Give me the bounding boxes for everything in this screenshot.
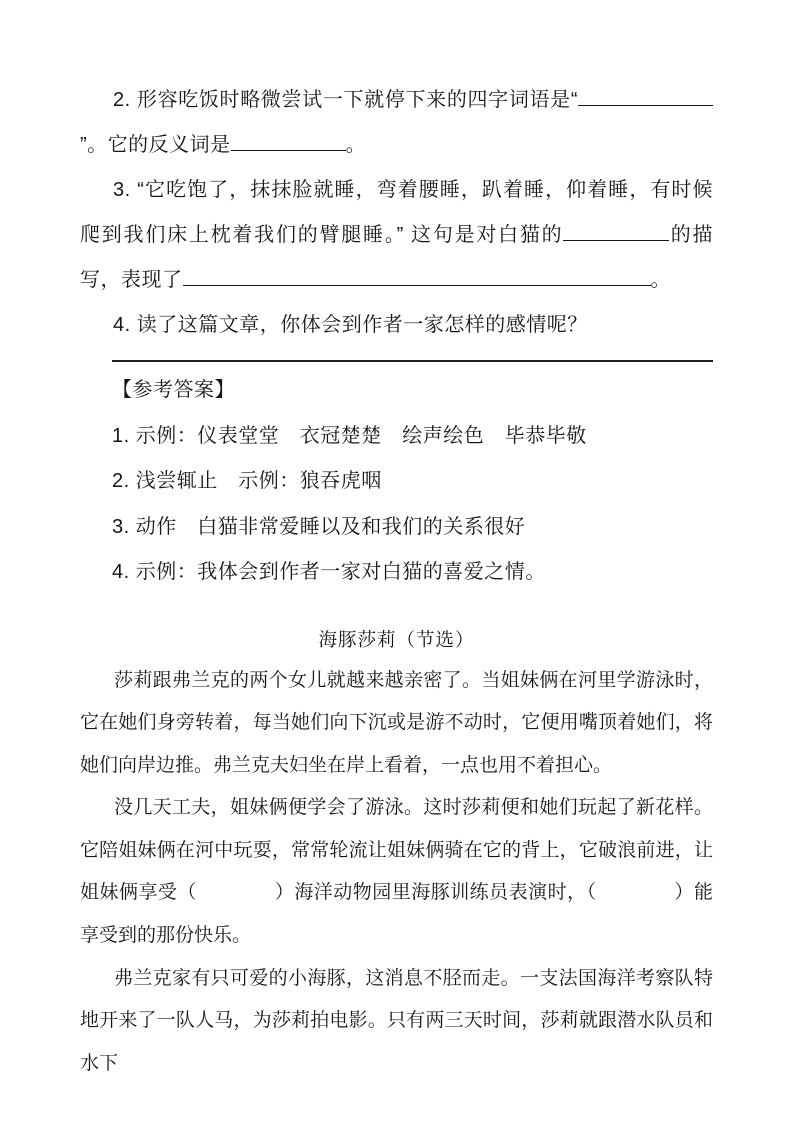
answer-item-4: 4. 示例：我体会到作者一家对白猫的喜爱之情。 (112, 550, 713, 596)
blank-line (231, 131, 346, 151)
passage-title: 海豚莎莉（节选） (80, 620, 713, 660)
question-4: 4. 读了这篇文章，你体会到作者一家怎样的感情呢？ (80, 303, 713, 348)
blank-line (183, 266, 651, 286)
reading-passage-section: 海豚莎莉（节选） 莎莉跟弗兰克的两个女儿就越来越亲密了。当姐妹俩在河里学游泳时，… (80, 620, 713, 1086)
reference-answers-section: 【参考答案】 1. 示例：仪表堂堂 衣冠楚楚 绘声绘色 毕恭毕敬 2. 浅尝辄止… (80, 368, 713, 596)
blank-line (578, 86, 713, 106)
section-divider (112, 360, 713, 362)
answers-heading: 【参考答案】 (112, 368, 713, 414)
passage-paragraph-1: 莎莉跟弗兰克的两个女儿就越来越亲密了。当姐妹俩在河里学游泳时，它在她们身旁转着，… (80, 660, 713, 788)
questions-section: 2. 形容吃饭时略微尝试一下就停下来的四字词语是“”。它的反义词是。 3. “它… (80, 78, 713, 348)
answer-item-2: 2. 浅尝辄止 示例：狼吞虎咽 (112, 459, 713, 505)
passage-paragraph-2: 没几天工夫，姐妹俩便学会了游泳。这时莎莉便和她们玩起了新花样。它陪姐妹俩在河中玩… (80, 787, 713, 957)
answer-item-3: 3. 动作 白猫非常爱睡以及和我们的关系很好 (112, 505, 713, 551)
question-3: 3. “它吃饱了，抹抹脸就睡，弯着腰睡，趴着睡，仰着睡，有时候爬到我们床上枕着我… (80, 168, 713, 303)
question-3-text-c: 。 (651, 269, 672, 291)
answer-item-1: 1. 示例：仪表堂堂 衣冠楚楚 绘声绘色 毕恭毕敬 (112, 414, 713, 460)
question-4-text: 4. 读了这篇文章，你体会到作者一家怎样的感情呢？ (113, 314, 588, 336)
question-2-text-c: 。 (346, 134, 367, 156)
blank-line (563, 221, 669, 241)
worksheet-page: 2. 形容吃饭时略微尝试一下就停下来的四字词语是“”。它的反义词是。 3. “它… (0, 0, 793, 1122)
question-2-text-b: ”。它的反义词是 (80, 134, 231, 156)
question-2-text-a: 2. 形容吃饭时略微尝试一下就停下来的四字词语是“ (113, 89, 578, 111)
question-2: 2. 形容吃饭时略微尝试一下就停下来的四字词语是“”。它的反义词是。 (80, 78, 713, 168)
passage-paragraph-3: 弗兰克家有只可爱的小海豚，这消息不胫而走。一支法国海洋考察队特地开来了一队人马，… (80, 958, 713, 1086)
